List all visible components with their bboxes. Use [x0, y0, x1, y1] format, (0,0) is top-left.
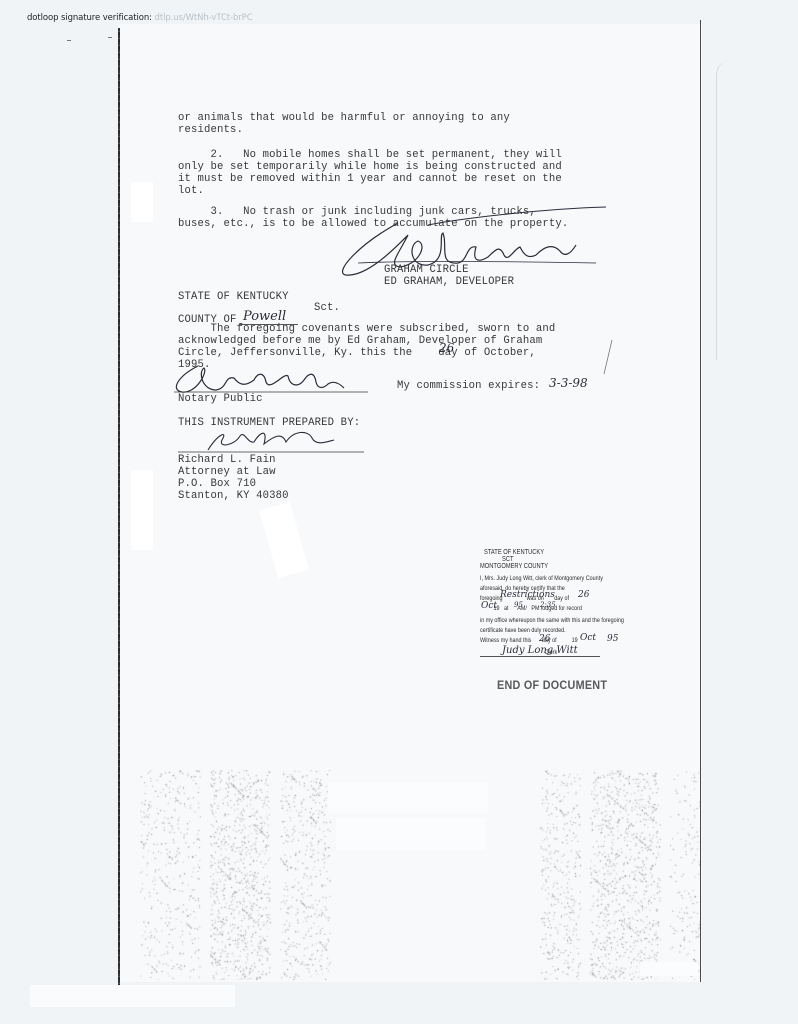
item-2-line-4: lot. — [178, 186, 204, 198]
state-line: STATE OF KENTUCKY — [178, 292, 289, 304]
preparer-line-1: Richard L. Fain — [178, 455, 276, 467]
redaction-patch — [328, 783, 488, 813]
scan-speck — [108, 37, 112, 38]
redaction-patch — [131, 470, 153, 550]
intro-line-2: residents. — [178, 125, 243, 137]
commission-date: 3-3-98 — [549, 376, 588, 390]
margin-pen-mark — [600, 338, 620, 378]
stamp-heading-2: SCT — [502, 556, 513, 563]
redaction-patch — [336, 818, 486, 850]
redaction-patch — [131, 182, 153, 222]
stamp-witness-day: 26 — [539, 634, 550, 644]
verification-link[interactable]: dtlp.us/WtNh-vTCt-brPC — [155, 13, 253, 23]
page-right-edge — [700, 20, 701, 982]
preparer-line-2: Attorney at Law — [178, 467, 276, 479]
stamp-heading-1: STATE OF KENTUCKY — [484, 549, 544, 556]
page-left-edge — [118, 28, 120, 986]
ack-line-2: acknowledged before me by Ed Graham, Dev… — [178, 336, 542, 348]
footer-patch — [30, 985, 235, 1007]
developer-block-line-1: GRAHAM CIRCLE — [384, 265, 469, 277]
stamp-witness-year: 95 — [607, 634, 618, 644]
preparer-line-4: Stanton, KY 40380 — [178, 491, 289, 503]
stamp-day-handwritten: 26 — [578, 590, 589, 600]
stamp-year-handwritten: 95 — [514, 601, 523, 609]
stamp-instrument-handwritten: Restrictions — [500, 590, 555, 600]
stamp-line-1: I, Mrs. Judy Long Witt, clerk of Montgom… — [480, 575, 603, 582]
scan-speck — [67, 40, 71, 41]
item-2-line-1: 2. No mobile homes shall be set permanen… — [178, 150, 562, 162]
commission-label: My commission expires: — [397, 381, 540, 393]
preparer-line-3: P.O. Box 710 — [178, 479, 256, 491]
stamp-time-handwritten: 2:35 — [540, 601, 556, 609]
redaction-patch — [640, 962, 698, 976]
stamp-clerk-line — [480, 656, 600, 657]
item-2-line-3: it must be removed within 1 year and can… — [178, 174, 562, 186]
ack-line-3: Circle, Jeffersonville, Ky. this the day… — [178, 348, 536, 360]
notary-label: Notary Public — [178, 394, 263, 406]
developer-signature — [338, 205, 608, 285]
county-handwritten: Powell — [243, 309, 286, 324]
stamp-line-5: in my office whereupon the same with thi… — [480, 617, 624, 624]
intro-line-1: or animals that would be harmful or anno… — [178, 113, 510, 125]
sct-label: Sct. — [314, 303, 340, 315]
page-curl-shadow — [716, 60, 731, 360]
stamp-month-handwritten: Oct — [481, 601, 497, 611]
developer-block-line-2: ED GRAHAM, DEVELOPER — [384, 277, 514, 289]
stamp-line-7: Witness my hand this day of 19 — [480, 637, 578, 644]
verification-label: dotloop signature verification: — [27, 13, 152, 23]
ack-line-1: The foregoing covenants were subscribed,… — [178, 324, 555, 336]
stamp-witness-month: Oct — [580, 633, 596, 643]
item-2-line-2: only be set temporarily while home is be… — [178, 162, 562, 174]
stamp-line-6: certificate have been duly recorded. — [480, 627, 566, 634]
preparer-signature — [178, 426, 368, 456]
signature-verification-banner: dotloop signature verification: dtlp.us/… — [27, 13, 253, 23]
ack-day-handwritten: 26 — [439, 341, 454, 355]
stamp-heading-3: MONTGOMERY COUNTY — [480, 563, 548, 570]
end-of-document-label: END OF DOCUMENT — [497, 678, 607, 692]
stamp-clerk-signature: Judy Long Witt — [502, 645, 578, 656]
